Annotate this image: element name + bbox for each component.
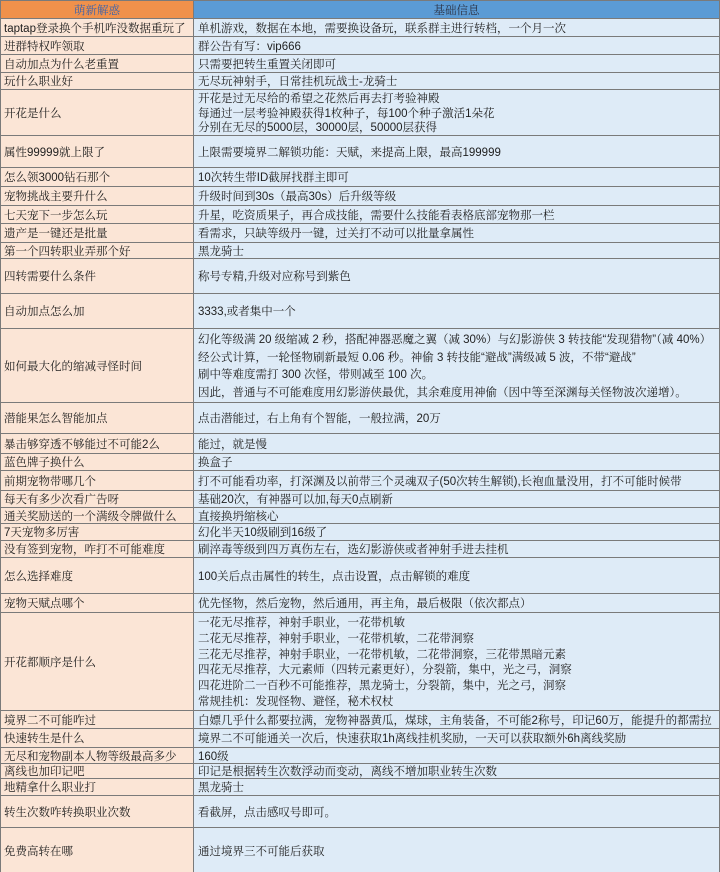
table-row: 无尽和宠物副本人物等级最高多少160级 [1, 748, 719, 764]
answer-cell: 上限需要境界二解锁功能：天赋，来提高上限，最高199999 [194, 136, 719, 167]
table-row: 遗产是一键还是批量看需求，只缺等级丹一键，过关打不动可以批量拿属性 [1, 224, 719, 243]
question-cell: 快速转生是什么 [1, 729, 194, 747]
table-row: 宠物挑战主要升什么升级时间到30s（最高30s）后升级等级 [1, 187, 719, 206]
answer-cell: 境界二不可能通关一次后，快速获取1h离线挂机奖励，一天可以获取额外6h离线奖励 [194, 729, 719, 747]
question-cell: 转生次数咋转换职业次数 [1, 796, 194, 827]
table-row: 前期宠物带哪几个打不可能看功率，打深渊及以前带三个灵魂双子(50次转生解锁),长… [1, 471, 719, 491]
answer-cell: 点击潜能过，右上角有个智能，一般拉满，20万 [194, 403, 719, 433]
answer-line: 群公告有写：vip666 [198, 38, 719, 53]
answer-cell: 单机游戏，数据在本地，需要换设备玩，联系群主进行转档，一个月一次 [194, 19, 719, 36]
answer-cell: 只需要把转生重置关闭即可 [194, 55, 719, 72]
answer-line: 幻化半天10级刷到16级了 [198, 525, 719, 539]
table-row: 怎么选择难度100关后点击属性的转生，点击设置，点击解锁的难度 [1, 558, 719, 594]
answer-cell: 幻化等级满 20 级缩减 2 秒，搭配神器恶魔之翼（减 30%）与幻影游侠 3 … [194, 329, 719, 402]
answer-line: 境界二不可能通关一次后，快速获取1h离线挂机奖励，一天可以获取额外6h离线奖励 [198, 730, 719, 746]
question-cell: 免费高转在哪 [1, 828, 194, 872]
table-row: taptap登录换个手机咋没数据重玩了单机游戏，数据在本地，需要换设备玩，联系群… [1, 19, 719, 37]
answer-cell: 一花无尽推荐，神射手职业，一花带机敏二花无尽推荐，神射手职业，一花带机敏，二花带… [194, 613, 719, 710]
table-row: 自动加点为什么老重置只需要把转生重置关闭即可 [1, 55, 719, 73]
table-row: 四转需要什么条件称号专精,升级对应称号到紫色 [1, 259, 719, 294]
table-row: 离线也加印记吧印记是根据转生次数浮动而变动，离线不增加职业转生次数 [1, 764, 719, 779]
table-row: 每天有多少次看广告呀基础20次，有神器可以加,每天0点刷新 [1, 491, 719, 508]
answer-line: 经公式计算，一轮怪物刷新最短 0.06 秒。神偷 3 转技能“避战”满级减 5 … [198, 348, 719, 366]
answer-cell: 优先怪物，然后宠物，然后通用，再主角，最后极限（依次都点） [194, 594, 719, 612]
question-cell: 如何最大化的缩减寻怪时间 [1, 329, 194, 402]
table-row: 境界二不可能咋过白嫖几乎什么都要拉满，宠物神器黄瓜，煤球，主角装备，不可能2称号… [1, 711, 719, 729]
answer-line: 升星，吃资质果子，再合成技能，需要什么技能看表格底部宠物那一栏 [198, 207, 719, 222]
answer-cell: 换盒子 [194, 454, 719, 470]
question-cell: 进群特权咋领取 [1, 37, 194, 54]
answer-cell: 通过境界三不可能后获取 [194, 828, 719, 872]
answer-cell: 3333,或者集中一个 [194, 294, 719, 328]
answer-cell: 白嫖几乎什么都要拉满，宠物神器黄瓜，煤球，主角装备，不可能2称号，印记60万，能… [194, 711, 719, 728]
question-cell: 暴击够穿透不够能过不可能2么 [1, 434, 194, 453]
table-row: 宠物天赋点哪个优先怪物，然后宠物，然后通用，再主角，最后极限（依次都点） [1, 594, 719, 613]
question-cell: taptap登录换个手机咋没数据重玩了 [1, 19, 194, 36]
answer-cell: 无尽玩神射手，日常挂机玩战士-龙骑士 [194, 73, 719, 89]
question-cell: 怎么选择难度 [1, 558, 194, 593]
question-cell: 开花都顺序是什么 [1, 613, 194, 710]
question-cell: 遗产是一键还是批量 [1, 224, 194, 242]
answer-cell: 升级时间到30s（最高30s）后升级等级 [194, 187, 719, 205]
question-cell: 属性99999就上限了 [1, 136, 194, 167]
table-row: 开花是什么开花是过无尽给的希望之花然后再去打考验神殿每通过一层考验神殿获得1枚种… [1, 90, 719, 136]
header-cell-info: 基础信息 [194, 1, 719, 18]
answer-line: 称号专精,升级对应称号到紫色 [198, 260, 719, 292]
question-cell: 第一个四转职业弄那个好 [1, 243, 194, 258]
table-row: 开花都顺序是什么一花无尽推荐，神射手职业，一花带机敏二花无尽推荐，神射手职业，一… [1, 613, 719, 711]
faq-table: 萌新解惑 基础信息 taptap登录换个手机咋没数据重玩了单机游戏，数据在本地，… [0, 0, 720, 872]
table-header-row: 萌新解惑 基础信息 [1, 1, 719, 19]
table-row: 蓝色牌子换什么换盒子 [1, 454, 719, 471]
table-row: 没有签到宠物，咋打不可能难度刷淬毒等级到四万真伤左右，选幻影游侠或者神射手进去挂… [1, 541, 719, 558]
answer-line: 100关后点击属性的转生，点击设置，点击解锁的难度 [198, 559, 719, 592]
answer-line: 幻化等级满 20 级缩减 2 秒，搭配神器恶魔之翼（减 30%）与幻影游侠 3 … [198, 330, 719, 348]
table-row: 暴击够穿透不够能过不可能2么能过，就是慢 [1, 434, 719, 454]
answer-line: 看需求，只缺等级丹一键，过关打不动可以批量拿属性 [198, 225, 719, 241]
answer-line: 白嫖几乎什么都要拉满，宠物神器黄瓜，煤球，主角装备，不可能2称号，印记60万，能… [198, 712, 719, 727]
answer-line: 通过境界三不可能后获取 [198, 830, 719, 872]
question-cell: 玩什么职业好 [1, 73, 194, 89]
answer-line: 只需要把转生重置关闭即可 [198, 56, 719, 71]
answer-cell: 160级 [194, 748, 719, 763]
question-cell: 潜能果怎么智能加点 [1, 403, 194, 433]
table-row: 如何最大化的缩减寻怪时间幻化等级满 20 级缩减 2 秒，搭配神器恶魔之翼（减 … [1, 329, 719, 403]
answer-line: 每通过一层考验神殿获得1枚种子，每100个种子激活1朵花 [198, 105, 719, 119]
answer-line: 能过，就是慢 [198, 435, 719, 452]
question-cell: 七天宠下一步怎么玩 [1, 206, 194, 223]
question-cell: 怎么领3000钻石那个 [1, 168, 194, 186]
question-cell: 前期宠物带哪几个 [1, 471, 194, 490]
answer-line: 黑龙骑士 [198, 780, 719, 794]
answer-cell: 能过，就是慢 [194, 434, 719, 453]
answer-line: 黑龙骑士 [198, 244, 719, 257]
answer-cell: 幻化半天10级刷到16级了 [194, 524, 719, 540]
answer-line: 160级 [198, 749, 719, 762]
answer-cell: 刷淬毒等级到四万真伤左右，选幻影游侠或者神射手进去挂机 [194, 541, 719, 557]
question-cell: 每天有多少次看广告呀 [1, 491, 194, 507]
answer-cell: 100关后点击属性的转生，点击设置，点击解锁的难度 [194, 558, 719, 593]
answer-cell: 看截屏，点击感叹号即可。 [194, 796, 719, 827]
question-cell: 7天宠物多厉害 [1, 524, 194, 540]
answer-line: 打不可能看功率，打深渊及以前带三个灵魂双子(50次转生解锁),长袍血量没用，打不… [198, 472, 719, 489]
answer-cell: 黑龙骑士 [194, 243, 719, 258]
table-row: 自动加点怎么加3333,或者集中一个 [1, 294, 719, 329]
table-row: 免费高转在哪通过境界三不可能后获取 [1, 828, 719, 872]
table-row: 转生次数咋转换职业次数看截屏，点击感叹号即可。 [1, 796, 719, 828]
answer-line: 升级时间到30s（最高30s）后升级等级 [198, 188, 719, 204]
answer-line: 看截屏，点击感叹号即可。 [198, 797, 719, 826]
question-cell: 宠物挑战主要升什么 [1, 187, 194, 205]
answer-line: 点击潜能过，右上角有个智能，一般拉满，20万 [198, 404, 719, 432]
answer-line: 上限需要境界二解锁功能：天赋，来提高上限，最高199999 [198, 137, 719, 166]
question-cell: 自动加点怎么加 [1, 294, 194, 328]
answer-cell: 升星，吃资质果子，再合成技能，需要什么技能看表格底部宠物那一栏 [194, 206, 719, 223]
answer-cell: 直接换坍缩核心 [194, 508, 719, 523]
question-cell: 宠物天赋点哪个 [1, 594, 194, 612]
table-row: 第一个四转职业弄那个好黑龙骑士 [1, 243, 719, 259]
table-row: 通关奖励送的一个满级令牌做什么直接换坍缩核心 [1, 508, 719, 524]
table-row: 属性99999就上限了上限需要境界二解锁功能：天赋，来提高上限，最高199999 [1, 136, 719, 168]
answer-line: 二花无尽推荐，神射手职业，一花带机敏，二花带洞察 [198, 630, 719, 646]
answer-line: 基础20次，有神器可以加,每天0点刷新 [198, 492, 719, 506]
answer-cell: 开花是过无尽给的希望之花然后再去打考验神殿每通过一层考验神殿获得1枚种子，每10… [194, 90, 719, 135]
answer-line: 单机游戏，数据在本地，需要换设备玩，联系群主进行转档，一个月一次 [198, 20, 719, 35]
answer-line: 刷淬毒等级到四万真伤左右，选幻影游侠或者神射手进去挂机 [198, 542, 719, 556]
answer-line: 优先怪物，然后宠物，然后通用，再主角，最后极限（依次都点） [198, 595, 719, 611]
answer-cell: 打不可能看功率，打深渊及以前带三个灵魂双子(50次转生解锁),长袍血量没用，打不… [194, 471, 719, 490]
table-row: 潜能果怎么智能加点点击潜能过，右上角有个智能，一般拉满，20万 [1, 403, 719, 434]
question-cell: 蓝色牌子换什么 [1, 454, 194, 470]
question-cell: 地精拿什么职业打 [1, 779, 194, 795]
answer-line: 10次转生带ID截屏找群主即可 [198, 169, 719, 185]
question-cell: 四转需要什么条件 [1, 259, 194, 293]
question-cell: 没有签到宠物，咋打不可能难度 [1, 541, 194, 557]
table-body: taptap登录换个手机咋没数据重玩了单机游戏，数据在本地，需要换设备玩，联系群… [1, 19, 719, 872]
answer-cell: 基础20次，有神器可以加,每天0点刷新 [194, 491, 719, 507]
table-row: 7天宠物多厉害幻化半天10级刷到16级了 [1, 524, 719, 541]
question-cell: 无尽和宠物副本人物等级最高多少 [1, 748, 194, 763]
answer-line: 刷中等难度需打 300 次怪，带则减至 100 次。 [198, 366, 719, 384]
answer-line: 无尽玩神射手，日常挂机玩战士-龙骑士 [198, 74, 719, 88]
answer-line: 换盒子 [198, 455, 719, 469]
answer-line: 开花是过无尽给的希望之花然后再去打考验神殿 [198, 91, 719, 105]
answer-line: 因此，普通与不可能难度用幻影游侠最优，其余难度用神偷（因中等至深渊每关怪物波次递… [198, 383, 719, 401]
answer-line: 印记是根据转生次数浮动而变动，离线不增加职业转生次数 [198, 765, 719, 778]
answer-cell: 称号专精,升级对应称号到紫色 [194, 259, 719, 293]
table-row: 进群特权咋领取群公告有写：vip666 [1, 37, 719, 55]
question-cell: 自动加点为什么老重置 [1, 55, 194, 72]
question-cell: 通关奖励送的一个满级令牌做什么 [1, 508, 194, 523]
question-cell: 开花是什么 [1, 90, 194, 135]
question-cell: 离线也加印记吧 [1, 764, 194, 778]
answer-cell: 黑龙骑士 [194, 779, 719, 795]
table-row: 玩什么职业好无尽玩神射手，日常挂机玩战士-龙骑士 [1, 73, 719, 90]
answer-line: 四花无尽推荐，大元素师（四转元素更好），分裂箭，集中，光之弓，洞察 [198, 662, 719, 678]
answer-line: 直接换坍缩核心 [198, 509, 719, 522]
answer-cell: 群公告有写：vip666 [194, 37, 719, 54]
table-row: 快速转生是什么境界二不可能通关一次后，快速获取1h离线挂机奖励，一天可以获取额外… [1, 729, 719, 748]
answer-cell: 看需求，只缺等级丹一键，过关打不动可以批量拿属性 [194, 224, 719, 242]
table-row: 怎么领3000钻石那个10次转生带ID截屏找群主即可 [1, 168, 719, 187]
table-row: 地精拿什么职业打黑龙骑士 [1, 779, 719, 796]
answer-line: 3333,或者集中一个 [198, 295, 719, 327]
answer-line: 分别在无尽的5000层，30000层，50000层获得 [198, 120, 719, 134]
answer-line: 四花进阶二一百秒不可能推荐，黑龙骑士，分裂箭，集中，光之弓，洞察 [198, 677, 719, 693]
answer-cell: 印记是根据转生次数浮动而变动，离线不增加职业转生次数 [194, 764, 719, 778]
answer-line: 常规挂机：发现怪物、避怪，秘术权杖 [198, 693, 719, 709]
answer-line: 三花无尽推荐，神射手职业，一花带机敏，二花带洞察，三花带黑暗元素 [198, 646, 719, 662]
question-cell: 境界二不可能咋过 [1, 711, 194, 728]
table-row: 七天宠下一步怎么玩升星，吃资质果子，再合成技能，需要什么技能看表格底部宠物那一栏 [1, 206, 719, 224]
answer-cell: 10次转生带ID截屏找群主即可 [194, 168, 719, 186]
answer-line: 一花无尽推荐，神射手职业，一花带机敏 [198, 614, 719, 630]
header-cell-questions: 萌新解惑 [1, 1, 194, 18]
